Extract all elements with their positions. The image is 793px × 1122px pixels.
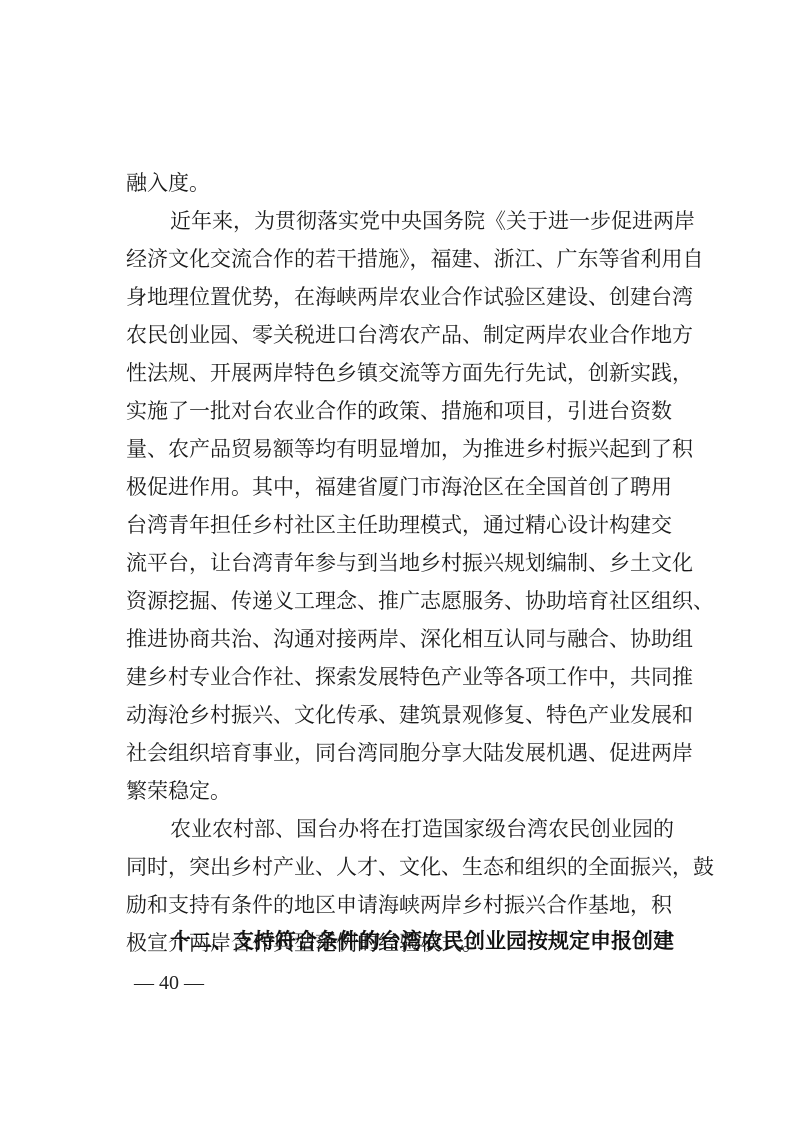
text-line: 农业农村部、国台办将在打造国家级台湾农民创业园的 [126,810,671,848]
text-line: 流平台，让台湾青年参与到当地乡村振兴规划编制、乡土文化 [126,544,671,582]
text-line: 繁荣稳定。 [126,772,671,810]
text-line: 同时，突出乡村产业、人才、文化、生态和组织的全面振兴，鼓 [126,848,671,886]
text-line: 身地理位置优势，在海峡两岸农业合作试验区建设、创建台湾 [126,278,671,316]
text-line: 量、农产品贸易额等均有明显增加，为推进乡村振兴起到了积 [126,430,671,468]
text-line: 农民创业园、零关税进口台湾农产品、制定两岸农业合作地方 [126,316,671,354]
text-line: 性法规、开展两岸特色乡镇交流等方面先行先试，创新实践， [126,354,671,392]
text-line: 台湾青年担任乡村社区主任助理模式，通过精心设计构建交 [126,506,671,544]
text-line: 近年来，为贯彻落实党中央国务院《关于进一步促进两岸 [126,202,671,240]
text-line: 融入度。 [126,164,671,202]
text-line: 推进协商共治、沟通对接两岸、深化相互认同与融合、协助组 [126,620,671,658]
text-line: 经济文化交流合作的若干措施》，福建、浙江、广东等省利用自 [126,240,671,278]
text-line: 实施了一批对台农业合作的政策、措施和项目，引进台资数 [126,392,671,430]
text-line: 建乡村专业合作社、探索发展特色产业等各项工作中，共同推 [126,658,671,696]
text-line: 励和支持有条件的地区申请海峡两岸乡村振兴合作基地，积 [126,886,671,924]
section-heading: 十二、支持符合条件的台湾农民创业园按规定申报创建 [170,922,672,960]
text-line: 社会组织培育事业，同台湾同胞分享大陆发展机遇、促进两岸 [126,734,671,772]
text-line: 极促进作用。其中，福建省厦门市海沧区在全国首创了聘用 [126,468,671,506]
document-page: 融入度。 近年来，为贯彻落实党中央国务院《关于进一步促进两岸 经济文化交流合作的… [0,0,793,1122]
page-number: — 40 — [134,968,204,998]
text-line: 资源挖掘、传递义工理念、推广志愿服务、协助培育社区组织、 [126,582,671,620]
body-text: 融入度。 近年来，为贯彻落实党中央国务院《关于进一步促进两岸 经济文化交流合作的… [126,164,671,962]
text-line: 动海沧乡村振兴、文化传承、建筑景观修复、特色产业发展和 [126,696,671,734]
